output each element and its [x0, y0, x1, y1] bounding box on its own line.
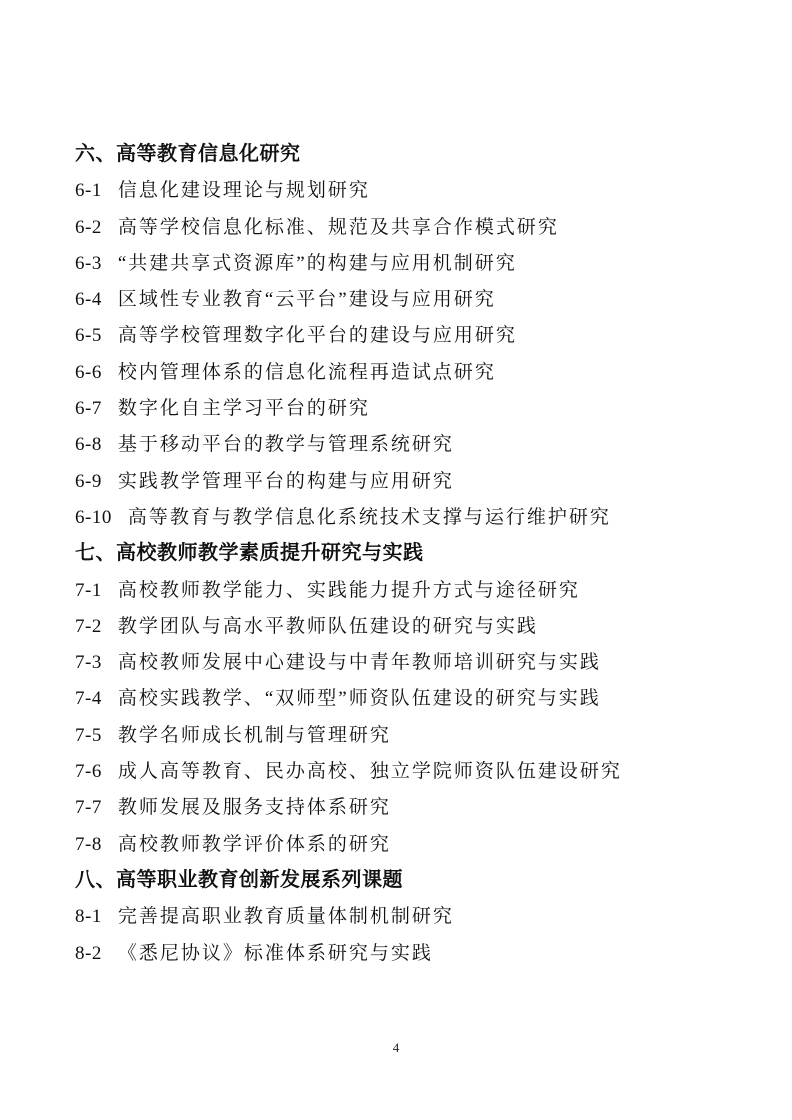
- topic-number: 6-9: [75, 468, 102, 495]
- topic-number: 6-5: [75, 322, 102, 349]
- list-item: 7-5教学名师成长机制与管理研究: [75, 722, 735, 758]
- topic-title: 区域性专业教育“云平台”建设与应用研究: [118, 289, 496, 310]
- topic-title: 教学名师成长机制与管理研究: [118, 725, 391, 746]
- topic-title: 教学团队与高水平教师队伍建设的研究与实践: [118, 616, 538, 637]
- topic-number: 7-7: [75, 794, 102, 821]
- list-item: 7-7教师发展及服务支持体系研究: [75, 794, 735, 830]
- topic-number: 8-1: [75, 903, 102, 930]
- topic-title: 高校教师发展中心建设与中青年教师培训研究与实践: [118, 652, 601, 673]
- topic-title: 高等学校管理数字化平台的建设与应用研究: [118, 325, 517, 346]
- topic-number: 6-1: [75, 177, 102, 204]
- topic-number: 8-2: [75, 940, 102, 967]
- list-item: 7-2教学团队与高水平教师队伍建设的研究与实践: [75, 613, 735, 649]
- list-item: 6-8基于移动平台的教学与管理系统研究: [75, 431, 735, 467]
- topic-list: 六、高等教育信息化研究 6-1信息化建设理论与规划研究 6-2高等学校信息化标准…: [75, 141, 735, 976]
- topic-number: 6-8: [75, 431, 102, 458]
- list-item: 6-10高等教育与教学信息化系统技术支撑与运行维护研究: [75, 504, 735, 540]
- topic-title: 信息化建设理论与规划研究: [118, 180, 370, 201]
- list-item: 6-1信息化建设理论与规划研究: [75, 177, 735, 213]
- list-item: 8-1完善提高职业教育质量体制机制研究: [75, 903, 735, 939]
- topic-number: 7-8: [75, 831, 102, 858]
- topic-title: 高校教师教学能力、实践能力提升方式与途径研究: [118, 580, 580, 601]
- topic-title: 基于移动平台的教学与管理系统研究: [118, 434, 454, 455]
- list-item: 6-9实践教学管理平台的构建与应用研究: [75, 468, 735, 504]
- topic-number: 6-4: [75, 286, 102, 313]
- topic-title: 完善提高职业教育质量体制机制研究: [118, 906, 454, 927]
- topic-title: 实践教学管理平台的构建与应用研究: [118, 471, 454, 492]
- page-number: 4: [0, 1040, 792, 1056]
- topic-title: 《悉尼协议》标准体系研究与实践: [118, 943, 433, 964]
- topic-number: 7-4: [75, 685, 102, 712]
- list-item: 7-6成人高等教育、民办高校、独立学院师资队伍建设研究: [75, 758, 735, 794]
- topic-title: “共建共享式资源库”的构建与应用机制研究: [118, 253, 517, 274]
- topic-number: 6-6: [75, 359, 102, 386]
- list-item: 7-1高校教师教学能力、实践能力提升方式与途径研究: [75, 577, 735, 613]
- topic-number: 6-10: [75, 504, 112, 531]
- topic-title: 数字化自主学习平台的研究: [118, 398, 370, 419]
- document-page: 六、高等教育信息化研究 6-1信息化建设理论与规划研究 6-2高等学校信息化标准…: [0, 0, 792, 1120]
- topic-number: 6-2: [75, 214, 102, 241]
- topic-title: 高等教育与教学信息化系统技术支撑与运行维护研究: [128, 507, 611, 528]
- section-heading: 六、高等教育信息化研究: [75, 141, 735, 177]
- topic-title: 校内管理体系的信息化流程再造试点研究: [118, 362, 496, 383]
- list-item: 7-4高校实践教学、“双师型”师资队伍建设的研究与实践: [75, 685, 735, 721]
- list-item: 6-3“共建共享式资源库”的构建与应用机制研究: [75, 250, 735, 286]
- list-item: 8-2《悉尼协议》标准体系研究与实践: [75, 940, 735, 976]
- section-heading: 八、高等职业教育创新发展系列课题: [75, 867, 735, 903]
- topic-title: 高等学校信息化标准、规范及共享合作模式研究: [118, 217, 559, 238]
- list-item: 7-3高校教师发展中心建设与中青年教师培训研究与实践: [75, 649, 735, 685]
- topic-number: 7-2: [75, 613, 102, 640]
- topic-number: 6-7: [75, 395, 102, 422]
- list-item: 6-6校内管理体系的信息化流程再造试点研究: [75, 359, 735, 395]
- topic-number: 7-1: [75, 577, 102, 604]
- topic-title: 高校教师教学评价体系的研究: [118, 834, 391, 855]
- topic-number: 7-5: [75, 722, 102, 749]
- topic-number: 7-6: [75, 758, 102, 785]
- list-item: 7-8高校教师教学评价体系的研究: [75, 831, 735, 867]
- section-heading: 七、高校教师教学素质提升研究与实践: [75, 540, 735, 576]
- list-item: 6-5高等学校管理数字化平台的建设与应用研究: [75, 322, 735, 358]
- list-item: 6-2高等学校信息化标准、规范及共享合作模式研究: [75, 214, 735, 250]
- list-item: 6-4区域性专业教育“云平台”建设与应用研究: [75, 286, 735, 322]
- topic-number: 6-3: [75, 250, 102, 277]
- list-item: 6-7数字化自主学习平台的研究: [75, 395, 735, 431]
- topic-title: 高校实践教学、“双师型”师资队伍建设的研究与实践: [118, 688, 601, 709]
- topic-number: 7-3: [75, 649, 102, 676]
- topic-title: 成人高等教育、民办高校、独立学院师资队伍建设研究: [118, 761, 622, 782]
- topic-title: 教师发展及服务支持体系研究: [118, 797, 391, 818]
